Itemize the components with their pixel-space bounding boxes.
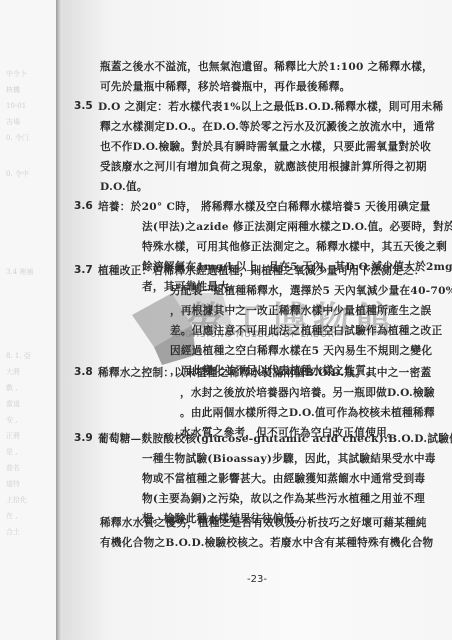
section-heading-line: 葡萄糖—麩胺酸校核(glucose-glutamic acid check):B…: [98, 432, 452, 446]
section-heading-line: D.O 之測定：若水樣代表1%以上之最低B.O.D.稀釋水樣，則可用未稀: [98, 100, 443, 114]
section-number: 3.7: [74, 264, 93, 276]
text-line: 可先於量瓶中稀釋，移於培養瓶中，再作最後稀釋。: [100, 80, 351, 94]
text-line: 因經過植種之空白稀釋水樣在5 天內易生不規則之變化: [170, 344, 432, 358]
adjacent-page-edge: 中令卜 核機 10-01 吉場 0. 令门 0. 令中 3.4 裡補 8. 1.…: [0, 0, 56, 640]
text-line: 一種生物試驗(Bioassay)步驟，因此，其試驗結果受水中毒: [142, 452, 436, 466]
bleed-text: 敷 ,: [6, 384, 17, 393]
text-line: ，再根據其中之一改正稀釋水樣中少量植種所產生之誤: [170, 304, 431, 318]
bleed-text: 上拾化: [6, 496, 27, 505]
bleed-text: 是 ,: [6, 448, 17, 457]
text-line: 。由此兩個水樣所得之D.O.值可作為校核未植種稀釋: [180, 406, 435, 420]
text-line: 物或不當植種之影響甚大。由經驗獲知蒸餾水中通常受到毒: [142, 472, 425, 486]
text-line: ，水封之後放於培養器內培養。另一瓶即做D.O.檢驗: [180, 386, 435, 400]
bleed-text: 10-01: [6, 102, 26, 111]
bleed-text: 在 ,: [6, 512, 17, 521]
page-number: -23-: [62, 574, 452, 585]
text-line: 差。但應注意不可用此法之植種空白試驗作為植種之改正: [170, 324, 442, 338]
section-heading-line: 稀釋水之控制：以未植種之稀釋水裝滿兩個B.O.D.瓶。其中之一密蓋: [98, 366, 431, 380]
text-line: 瓶蓋之後水不溢流，也無氣泡遺留。稀釋比大於1:100 之稀釋水樣，: [100, 60, 433, 74]
bleed-text: 當道: [6, 400, 20, 409]
text-line: 受該廢水之河川有增加負荷之現象，就應該使用根據計算所得之初期: [100, 160, 427, 174]
bleed-text: 正將: [6, 432, 20, 441]
bleed-text: 8. 1. 亞: [6, 352, 31, 361]
text-line: 也不作D.O.檢驗。對於具有瞬時需氧量之水樣，只要此需氧量對於收: [100, 140, 431, 154]
section-number: 3.6: [74, 200, 93, 212]
section-heading-line: 植種改正：若稀釋水經過植種，則植種之氧減少量可用下法測定之：: [98, 264, 425, 278]
section-number: 3.8: [74, 366, 93, 378]
text-line: 釋之水樣測定D.O.。在D.O.等於零之污水及沉澱後之放流水中，通常: [100, 120, 435, 134]
text-line: 稀釋水水質之優劣，植種之是否有效以及分析技巧之好壞可藉某種純: [100, 516, 427, 530]
bleed-text: 吉場: [6, 118, 20, 127]
text-line: 法(甲法)之azide 修正法測定兩種水樣之D.O.值。必要時，對於: [142, 220, 452, 234]
section-heading-line: 培養：於20° C時， 將稀釋水樣及空白稀釋水樣培養5 天後用碘定量: [98, 200, 431, 214]
bleed-text: 3.4 裡補: [6, 268, 33, 277]
bleed-text: 道特: [6, 480, 20, 489]
text-line: 特殊水樣，可用其他修正法測定之。稀釋水樣中，其五天後之剩: [142, 240, 447, 254]
text-line: 另配製一組植種稀釋水，選擇於5 天內氧減少量在40-70%: [170, 284, 452, 298]
document-page: 勞工博物館 KAOHSIUNG MUSEUM OF LABOR 瓶蓋之後水不溢流…: [62, 0, 452, 640]
text-line: D.O.值。: [100, 180, 148, 194]
bleed-text: 普名: [6, 464, 20, 473]
section-number: 3.5: [74, 100, 93, 112]
bleed-text: 核機: [6, 86, 20, 95]
bleed-text: 0. 令中: [6, 170, 29, 179]
bleed-text: 大將: [6, 368, 20, 377]
text-line: 有機化合物之B.O.D.檢驗校核之。若廢水中含有某種特殊有機化合物: [100, 536, 433, 550]
bleed-text: 安 ,: [6, 416, 17, 425]
bleed-text: 中令卜: [6, 70, 27, 79]
bleed-text: 0. 令门: [6, 134, 29, 143]
bleed-text: 合土: [6, 528, 20, 537]
text-line: 物(主要為銅)之污染，故以之作為某些污水植種之用並不理: [142, 492, 425, 506]
section-number: 3.9: [74, 432, 93, 444]
